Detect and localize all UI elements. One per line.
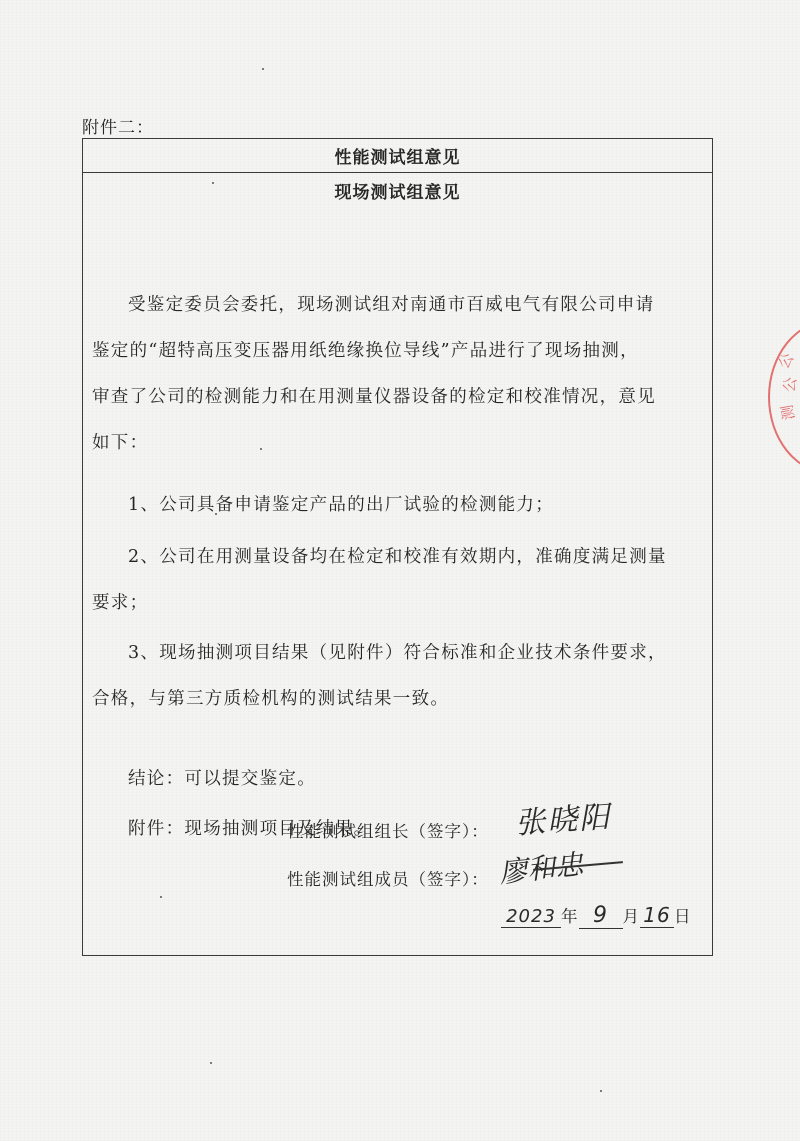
date-row: 2023年9月16日 <box>501 903 692 929</box>
form-subtitle: 现场测试组意见 <box>83 178 712 203</box>
stamp-char: 公 <box>773 349 799 373</box>
scan-speck <box>210 1062 212 1064</box>
intro-line: 如下： <box>92 429 148 454</box>
scan-speck <box>260 448 262 450</box>
member-label: 性能测试组成员（签字）： <box>287 870 489 889</box>
conclusion-text: 结论：可以提交鉴定。 <box>92 765 316 790</box>
official-seal-stamp: 公 公 测 <box>768 320 800 474</box>
scan-speck <box>160 896 162 898</box>
date-month-unit: 月 <box>623 907 641 926</box>
date-day: 16 <box>640 903 674 928</box>
date-day-unit: 日 <box>674 907 692 926</box>
scan-speck <box>600 1090 602 1092</box>
opinion-line: 要求； <box>92 589 148 614</box>
opinion-line: 3、现场抽测项目结果（见附件）符合标准和企业技术条件要求， <box>92 639 667 664</box>
intro-line: 审查了公司的检测能力和在用测量仪器设备的检定和校准情况，意见 <box>92 383 656 408</box>
intro-line: 鉴定的“超特高压变压器用纸绝缘换位导线”产品进行了现场抽测， <box>92 337 639 362</box>
member-signature-row: 性能测试组成员（签字）： <box>287 866 489 890</box>
leader-signature-row: 性能测试组组长（签字）： <box>287 818 489 842</box>
stamp-char: 测 <box>776 403 799 421</box>
date-year: 2023 <box>501 906 561 928</box>
leader-label: 性能测试组组长（签字）： <box>287 822 489 841</box>
intro-line: 受鉴定委员会委托，现场测试组对南通市百威电气有限公司申请 <box>92 291 654 316</box>
scan-speck <box>262 68 264 70</box>
leader-handwritten-signature: 张晓阳 <box>514 792 613 843</box>
scan-speck <box>215 513 217 515</box>
opinion-line: 1、公司具备申请鉴定产品的出厂试验的检测能力； <box>92 491 554 516</box>
opinion-form: 性能测试组意见 现场测试组意见 受鉴定委员会委托，现场测试组对南通市百威电气有限… <box>82 138 713 956</box>
form-title: 性能测试组意见 <box>83 139 712 173</box>
stamp-char: 公 <box>778 375 800 393</box>
opinion-line: 合格，与第三方质检机构的测试结果一致。 <box>92 685 449 710</box>
date-year-unit: 年 <box>561 907 579 926</box>
date-month: 9 <box>579 903 623 929</box>
scan-speck <box>212 182 214 184</box>
attachment-label: 附件二： <box>82 113 154 138</box>
opinion-line: 2、公司在用测量设备均在检定和校准有效期内，准确度满足测量 <box>92 543 667 568</box>
